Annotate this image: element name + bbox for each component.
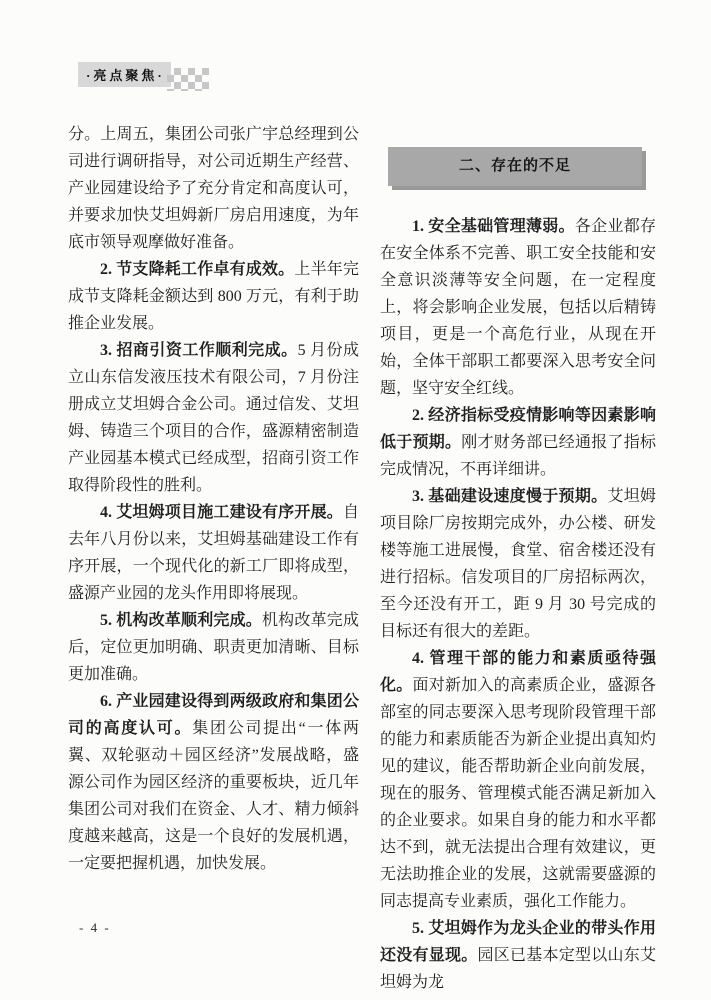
paragraph: 5. 艾坦姆作为龙头企业的带头作用还没有显现。园区已基本定型以山东艾坦姆为龙 bbox=[380, 915, 656, 996]
header-badge: ·亮点聚焦· bbox=[78, 62, 171, 87]
paragraph: 3. 基础建设速度慢于预期。艾坦姆项目除厂房按期完成外，办公楼、研发楼等施工进展… bbox=[380, 483, 656, 645]
paragraph: 1. 安全基础管理薄弱。各企业都存在安全体系不完善、职工安全技能和安全意识淡薄等… bbox=[380, 213, 656, 402]
paragraph: 2. 经济指标受疫情影响等因素影响低于预期。刚才财务部已经通报了指标完成情况，不… bbox=[380, 402, 656, 483]
paragraph: 4. 艾坦姆项目施工建设有序开展。自去年八月份以来，艾坦姆基础建设工作有序开展，… bbox=[68, 499, 359, 607]
section-title: 二、存在的不足 bbox=[459, 158, 571, 174]
paragraph: 分。上周五，集团公司张广宇总经理到公司进行调研指导，对公司近期生产经营、产业园建… bbox=[68, 121, 359, 256]
paragraph: 3. 招商引资工作顺利完成。5 月份成立山东信发液压技术有限公司，7 月份注册成… bbox=[68, 337, 359, 499]
right-column: 二、存在的不足 1. 安全基础管理薄弱。各企业都存在安全体系不完善、职工安全技能… bbox=[380, 121, 656, 996]
paragraph: 6. 产业园建设得到两级政府和集团公司的高度认可。集团公司提出“一体两翼、双轮驱… bbox=[68, 688, 359, 877]
paragraph-body: 集团公司提出“一体两翼、双轮驱动＋园区经济”发展战略，盛源公司作为园区经济的重要… bbox=[68, 720, 359, 872]
paragraph-lead: 2. 节支降耗工作卓有成效。 bbox=[100, 261, 294, 278]
paragraph-body: 艾坦姆项目除厂房按期完成外，办公楼、研发楼等施工进展慢，食堂、宿舍楼还没有进行招… bbox=[380, 488, 656, 640]
paragraph-lead: 5. 机构改革顺利完成。 bbox=[100, 612, 262, 629]
page-number: - 4 - bbox=[79, 920, 111, 936]
section-title-box: 二、存在的不足 bbox=[388, 147, 642, 186]
paragraph-body: 分。上周五，集团公司张广宇总经理到公司进行调研指导，对公司近期生产经营、产业园建… bbox=[68, 126, 359, 251]
header-badge-row: ·亮点聚焦· bbox=[78, 62, 209, 91]
paragraph-lead: 3. 招商引资工作顺利完成。 bbox=[100, 342, 298, 359]
paragraph-lead: 3. 基础建设速度慢于预期。 bbox=[412, 488, 607, 505]
paragraph-lead: 4. 艾坦姆项目施工建设有序开展。 bbox=[100, 504, 343, 521]
checkerboard-decoration bbox=[167, 68, 209, 91]
paragraph-body: 面对新加入的高素质企业，盛源各部室的同志要深入思考现阶段管理干部的能力和素质能否… bbox=[380, 677, 656, 910]
paragraph: 2. 节支降耗工作卓有成效。上半年完成节支降耗金额达到 800 万元，有利于助推… bbox=[68, 256, 359, 337]
paragraph-lead: 1. 安全基础管理薄弱。 bbox=[412, 218, 575, 235]
two-column-text-area: 分。上周五，集团公司张广宇总经理到公司进行调研指导，对公司近期生产经营、产业园建… bbox=[68, 121, 656, 996]
paragraph: 5. 机构改革顺利完成。机构改革完成后，定位更加明确、职责更加清晰、目标更加准确… bbox=[68, 607, 359, 688]
left-column: 分。上周五，集团公司张广宇总经理到公司进行调研指导，对公司近期生产经营、产业园建… bbox=[68, 121, 359, 996]
paragraph-body: 5 月份成立山东信发液压技术有限公司，7 月份注册成立艾坦姆合金公司。通过信发、… bbox=[68, 342, 359, 494]
paragraph: 4. 管理干部的能力和素质亟待强化。面对新加入的高素质企业，盛源各部室的同志要深… bbox=[380, 645, 656, 915]
paragraph-body: 各企业都存在安全体系不完善、职工安全技能和安全意识淡薄等安全问题，在一定程度上，… bbox=[380, 218, 656, 397]
scanned-document-page: ·亮点聚焦· 分。上周五，集团公司张广宇总经理到公司进行调研指导，对公司近期生产… bbox=[0, 0, 711, 1000]
